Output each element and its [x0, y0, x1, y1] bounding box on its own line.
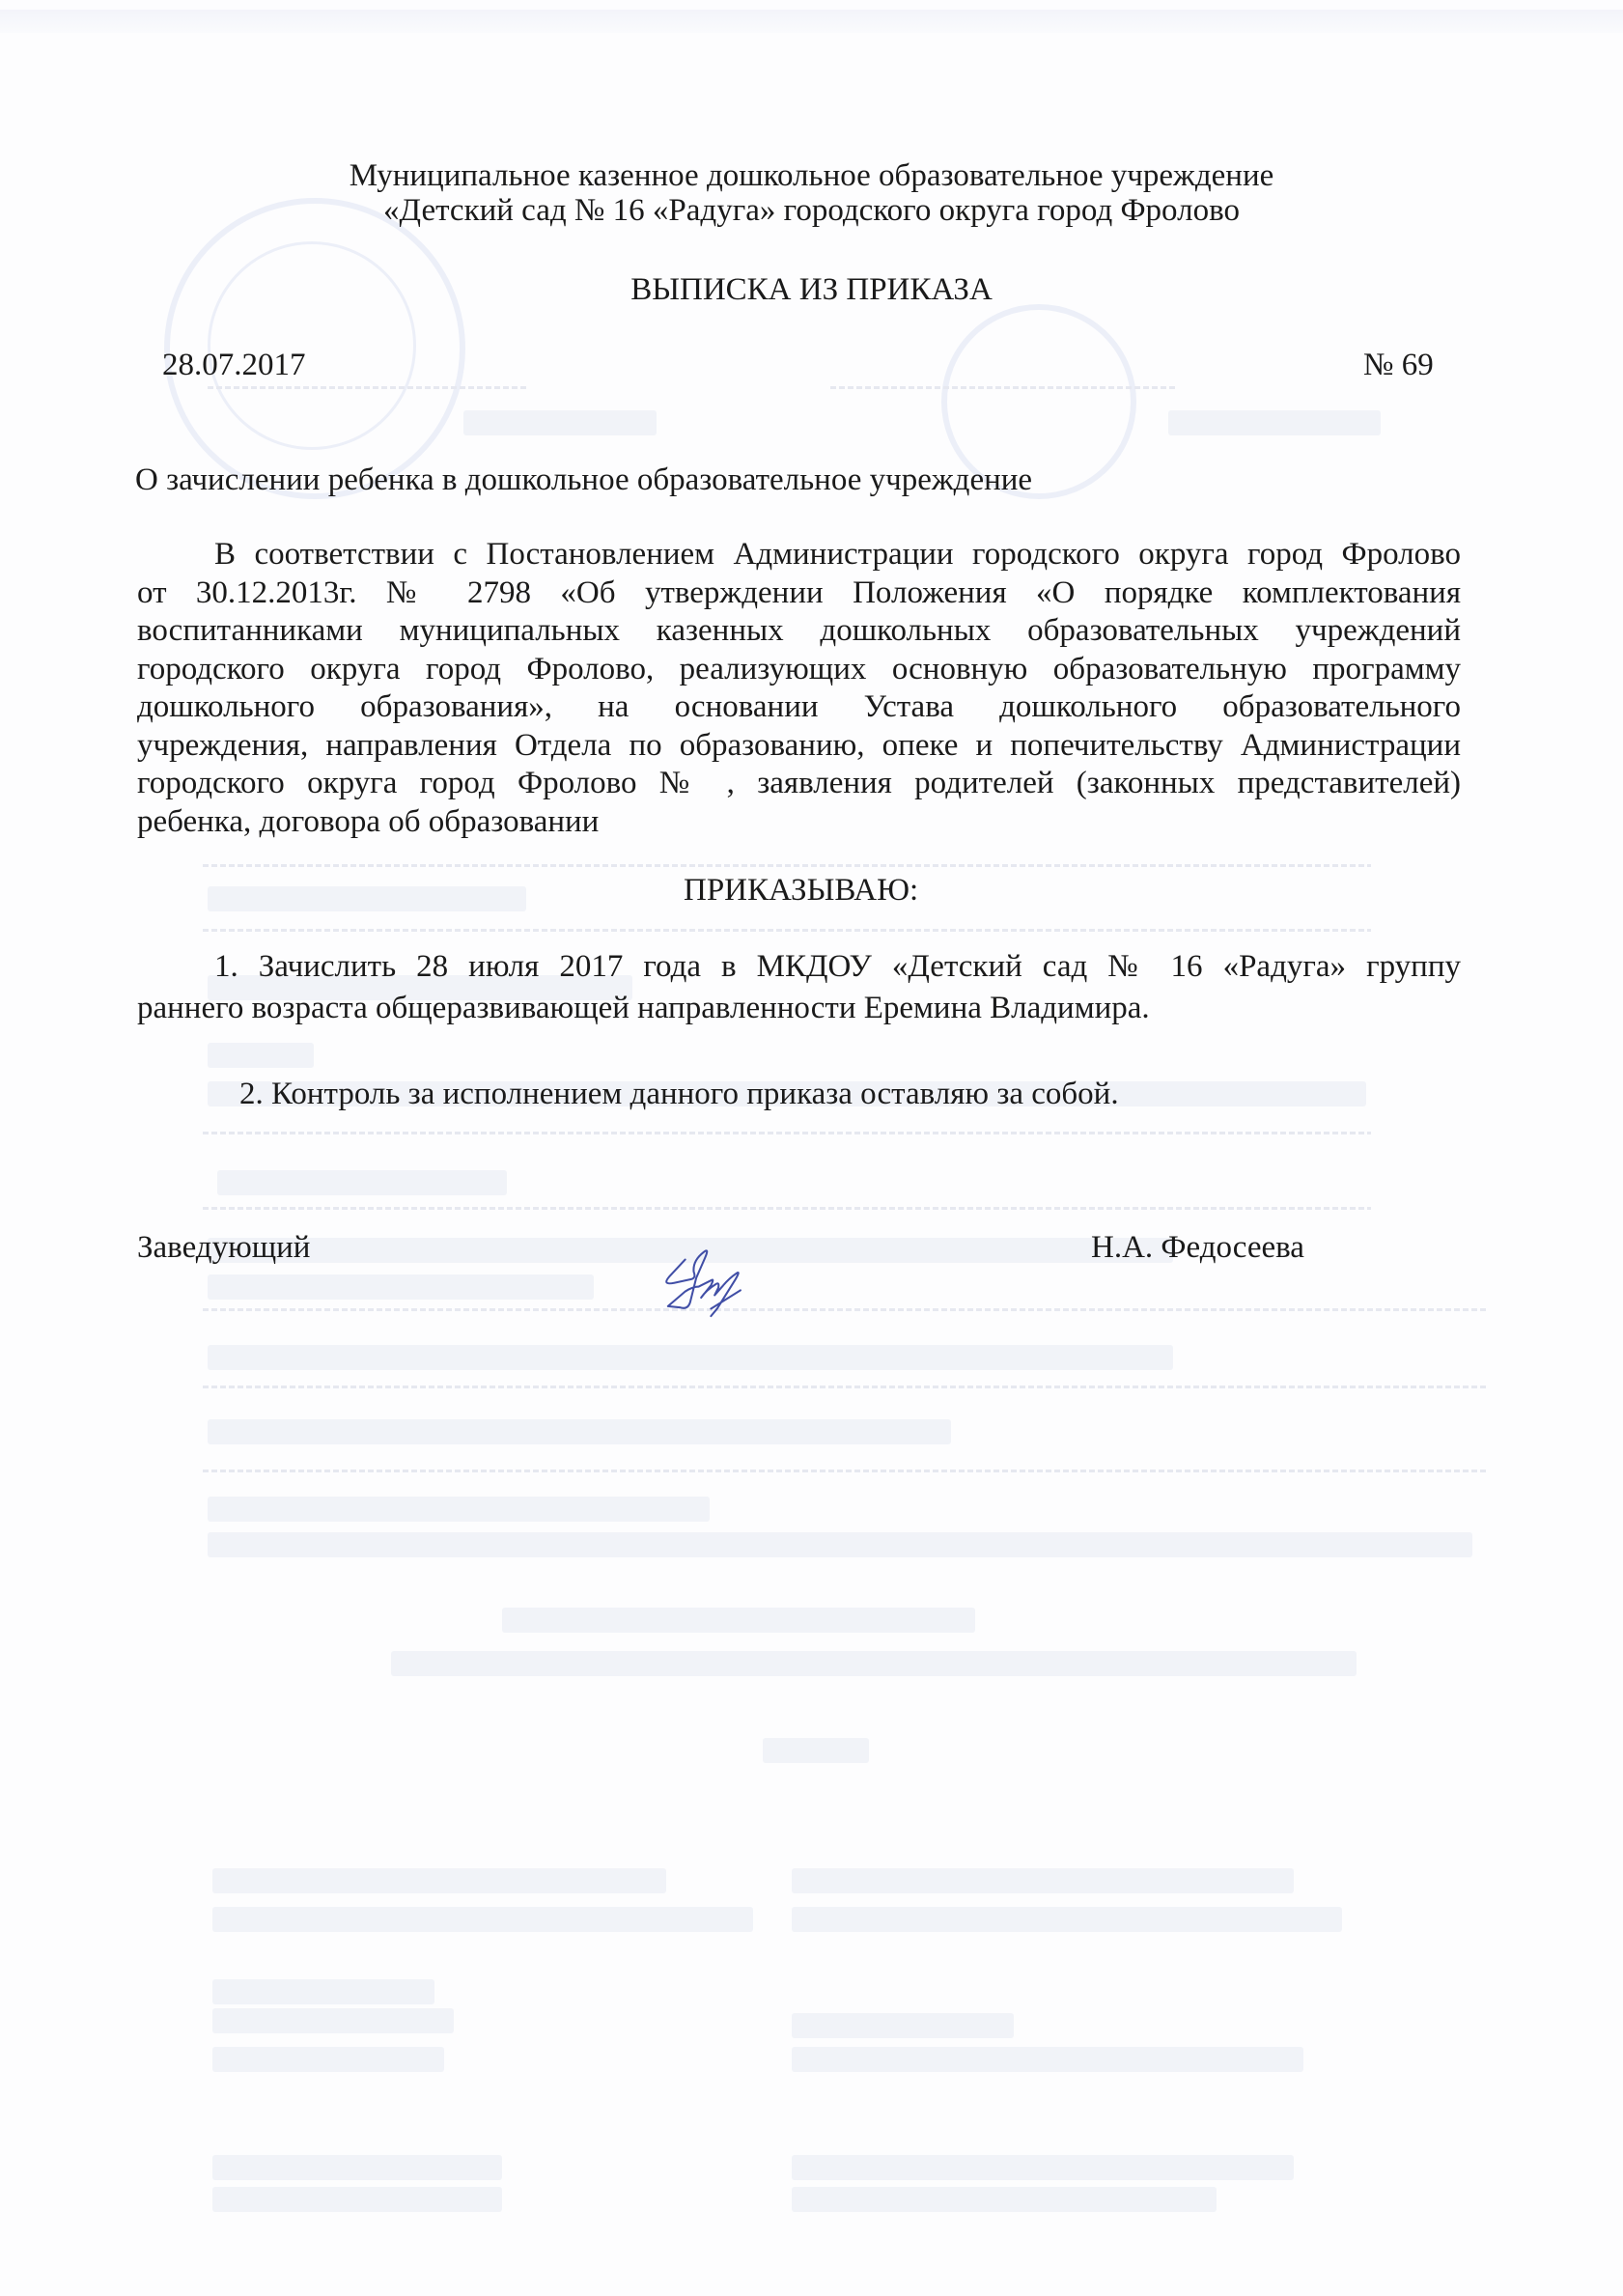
scan-edge: [0, 10, 1623, 33]
order-item-2: 2. Контроль за исполнением данного прика…: [239, 1075, 1119, 1113]
document-subject: О зачислении ребенка в дошкольное образо…: [135, 461, 1032, 499]
preamble-line: учреждения, направления Отдела по образо…: [137, 727, 1461, 766]
preamble-line: городского округа город Фролово № , заяв…: [137, 765, 1461, 803]
preamble-line: воспитанниками муниципальных казенных до…: [137, 612, 1461, 651]
preamble-line: ребенка, договора об образовании: [137, 803, 1461, 842]
reverse-side-bleed-through: [0, 0, 1623, 2296]
document-page: Муниципальное казенное дошкольное образо…: [0, 0, 1623, 2296]
order-heading: ПРИКАЗЫВАЮ:: [684, 871, 918, 910]
signatory-name: Н.А. Федосеева: [1091, 1228, 1304, 1267]
order-item-1-line2: раннего возраста общеразвивающей направл…: [137, 990, 1461, 1028]
signatory-position: Заведующий: [137, 1228, 310, 1267]
document-title: ВЫПИСКА ИЗ ПРИКАЗА: [0, 270, 1623, 309]
institution-name-line1: Муниципальное казенное дошкольное образо…: [0, 156, 1623, 195]
handwritten-signature-icon: [637, 1217, 772, 1352]
preamble-line: В соответствии с Постановлением Админист…: [137, 536, 1461, 574]
preamble-line: городского округа город Фролово, реализу…: [137, 651, 1461, 689]
preamble-line: от 30.12.2013г. № 2798 «Об утверждении П…: [137, 574, 1461, 613]
document-number: № 69: [1363, 346, 1434, 384]
institution-name-line2: «Детский сад № 16 «Радуга» городского ок…: [0, 191, 1623, 230]
document-date: 28.07.2017: [162, 346, 306, 384]
order-item-1-line1: 1. Зачислить 28 июля 2017 года в МКДОУ «…: [137, 948, 1461, 987]
preamble-line: дошкольного образования», на основании У…: [137, 688, 1461, 727]
order-item-1: 1. Зачислить 28 июля 2017 года в МКДОУ «…: [137, 948, 1461, 1027]
preamble-paragraph: В соответствии с Постановлением Админист…: [137, 536, 1461, 841]
